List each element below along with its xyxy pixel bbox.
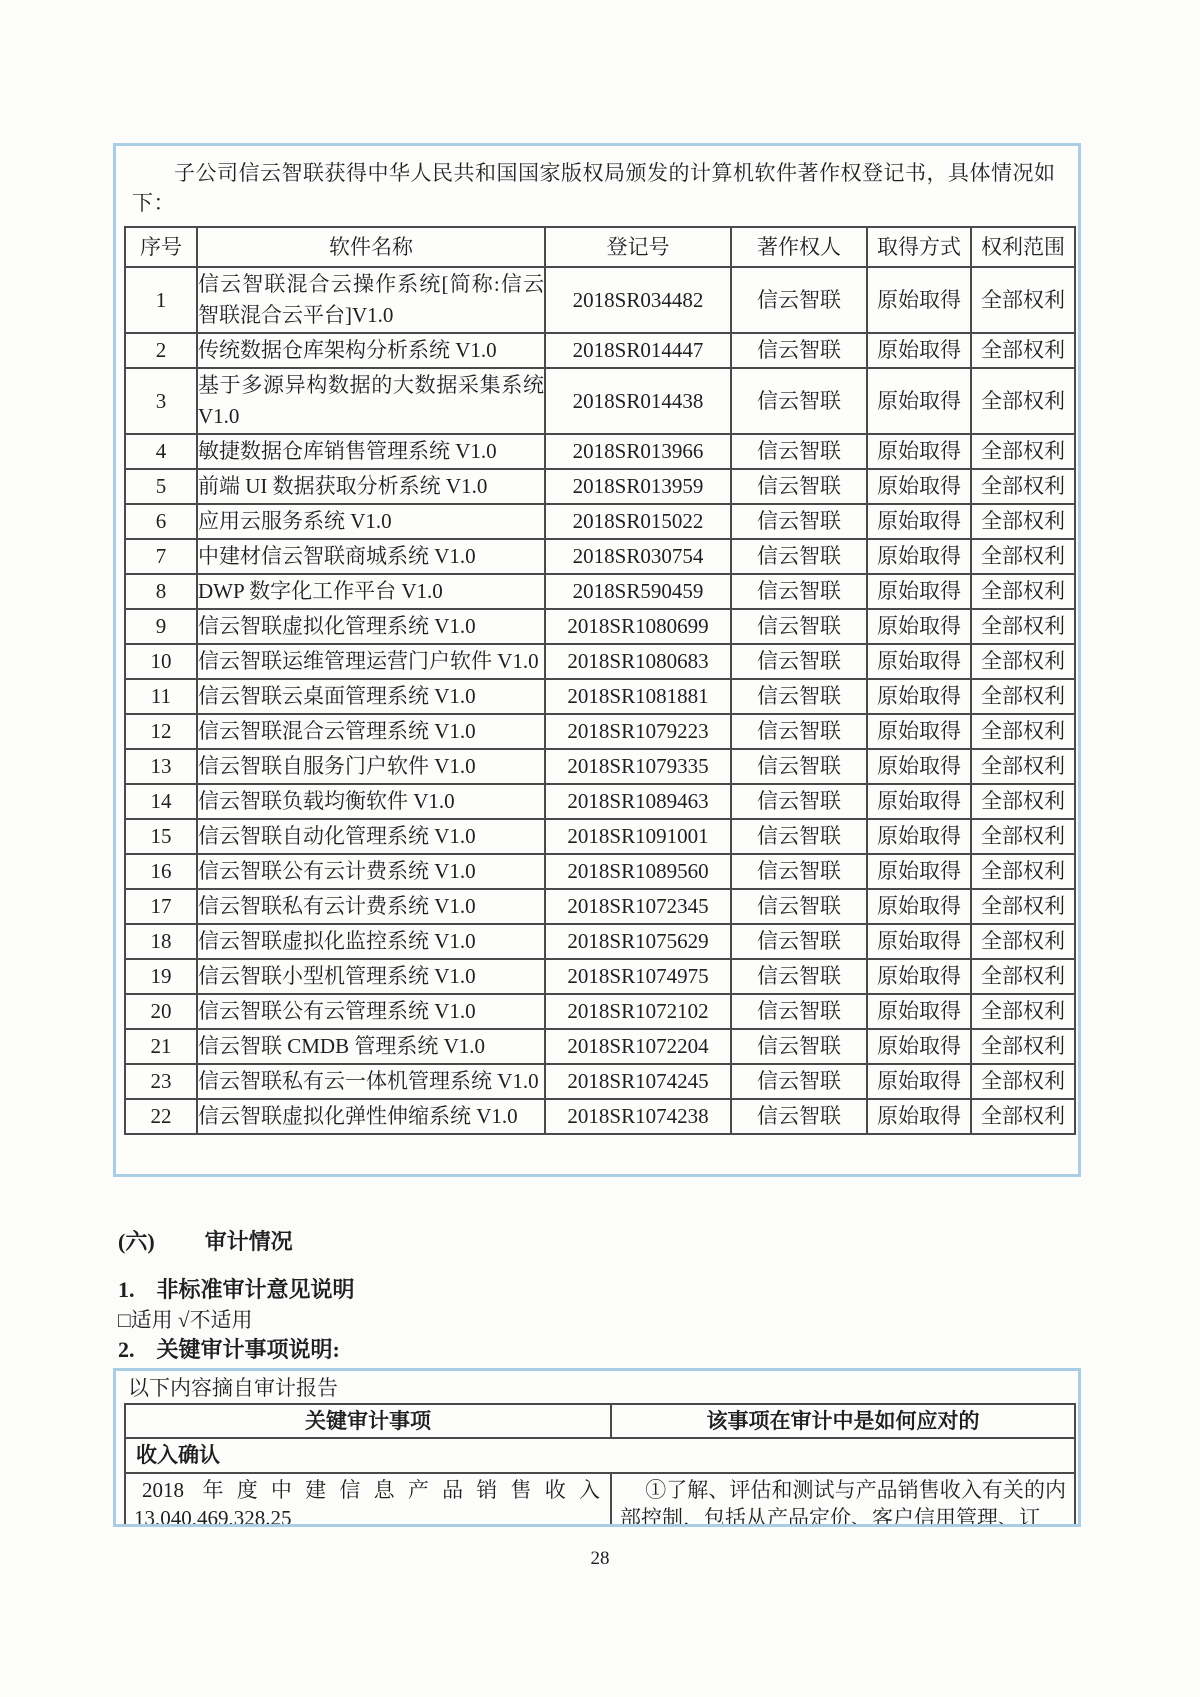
software-table-body: 1信云智联混合云操作系统[简称:信云智联混合云平台]V1.02018SR0344…: [125, 267, 1075, 1134]
revenue-recognition-row: 收入确认: [125, 1438, 1075, 1473]
registration-number-cell: 2018SR1091001: [545, 819, 731, 854]
copyright-owner-cell: 信云智联: [731, 267, 867, 333]
copyright-owner-cell: 信云智联: [731, 504, 867, 539]
table-row: 16信云智联公有云计费系统 V1.02018SR1089560信云智联原始取得全…: [125, 854, 1075, 889]
table-row: 8DWP 数字化工作平台 V1.02018SR590459信云智联原始取得全部权…: [125, 574, 1075, 609]
row-number-cell: 17: [125, 889, 197, 924]
acquisition-method-cell: 原始取得: [867, 889, 971, 924]
copyright-owner-cell: 信云智联: [731, 609, 867, 644]
applicability-text: □适用 √不适用: [118, 1308, 252, 1332]
acquisition-method-cell: 原始取得: [867, 333, 971, 368]
table-row: 9信云智联虚拟化管理系统 V1.02018SR1080699信云智联原始取得全部…: [125, 609, 1075, 644]
acquisition-method-cell: 原始取得: [867, 368, 971, 434]
registration-number-cell: 2018SR1089463: [545, 784, 731, 819]
software-name-cell: 信云智联公有云管理系统 V1.0: [197, 994, 545, 1029]
row-number-cell: 1: [125, 267, 197, 333]
rights-scope-cell: 全部权利: [971, 924, 1075, 959]
software-name-cell: 基于多源异构数据的大数据采集系统 V1.0: [197, 368, 545, 434]
acquisition-method-cell: 原始取得: [867, 574, 971, 609]
software-name-cell: DWP 数字化工作平台 V1.0: [197, 574, 545, 609]
copyright-owner-cell: 信云智联: [731, 333, 867, 368]
audit-report-box: 以下内容摘自审计报告 关键审计事项 该事项在审计中是如何应对的 收入确认 201…: [113, 1368, 1081, 1527]
col-header-reg: 登记号: [545, 227, 731, 267]
row-number-cell: 23: [125, 1064, 197, 1099]
copyright-owner-cell: 信云智联: [731, 784, 867, 819]
acquisition-method-cell: 原始取得: [867, 784, 971, 819]
item2-title: 关键审计事项说明:: [157, 1337, 340, 1362]
software-name-cell: 信云智联云桌面管理系统 V1.0: [197, 679, 545, 714]
applicability-checkline: □适用 √不适用: [118, 1306, 252, 1334]
table-row: 14信云智联负载均衡软件 V1.02018SR1089463信云智联原始取得全部…: [125, 784, 1075, 819]
acquisition-method-cell: 原始取得: [867, 714, 971, 749]
registration-number-cell: 2018SR1079223: [545, 714, 731, 749]
item1-title: 非标准审计意见说明: [157, 1277, 355, 1302]
kam-table-body: 收入确认 2018 年度中建信息产品销售收入 13,040,469,328.25…: [125, 1438, 1075, 1527]
table-row: 4敏捷数据仓库销售管理系统 V1.02018SR013966信云智联原始取得全部…: [125, 434, 1075, 469]
row-number-cell: 7: [125, 539, 197, 574]
registration-number-cell: 2018SR014438: [545, 368, 731, 434]
registration-number-cell: 2018SR1089560: [545, 854, 731, 889]
copyright-owner-cell: 信云智联: [731, 644, 867, 679]
copyright-owner-cell: 信云智联: [731, 1064, 867, 1099]
row-number-cell: 5: [125, 469, 197, 504]
copyright-owner-cell: 信云智联: [731, 819, 867, 854]
rights-scope-cell: 全部权利: [971, 1099, 1075, 1134]
registration-number-cell: 2018SR1081881: [545, 679, 731, 714]
rights-scope-cell: 全部权利: [971, 267, 1075, 333]
rights-scope-cell: 全部权利: [971, 679, 1075, 714]
table-row: 10信云智联运维管理运营门户软件 V1.02018SR1080683信云智联原始…: [125, 644, 1075, 679]
kam-table-header: 关键审计事项 该事项在审计中是如何应对的: [125, 1404, 1075, 1438]
section-title: 审计情况: [205, 1229, 293, 1254]
table-row: 1信云智联混合云操作系统[简称:信云智联混合云平台]V1.02018SR0344…: [125, 267, 1075, 333]
row-number-cell: 18: [125, 924, 197, 959]
rights-scope-cell: 全部权利: [971, 368, 1075, 434]
software-name-cell: 信云智联虚拟化管理系统 V1.0: [197, 609, 545, 644]
acquisition-method-cell: 原始取得: [867, 609, 971, 644]
acquisition-method-cell: 原始取得: [867, 469, 971, 504]
row-number-cell: 20: [125, 994, 197, 1029]
table-row: 12信云智联混合云管理系统 V1.02018SR1079223信云智联原始取得全…: [125, 714, 1075, 749]
rights-scope-cell: 全部权利: [971, 609, 1075, 644]
registration-number-cell: 2018SR1072345: [545, 889, 731, 924]
row-number-cell: 15: [125, 819, 197, 854]
rights-scope-cell: 全部权利: [971, 1029, 1075, 1064]
software-name-cell: 信云智联虚拟化弹性伸缩系统 V1.0: [197, 1099, 545, 1134]
rights-scope-cell: 全部权利: [971, 854, 1075, 889]
rights-scope-cell: 全部权利: [971, 994, 1075, 1029]
registration-number-cell: 2018SR1080699: [545, 609, 731, 644]
software-name-cell: 应用云服务系统 V1.0: [197, 504, 545, 539]
acquisition-method-cell: 原始取得: [867, 1064, 971, 1099]
row-number-cell: 3: [125, 368, 197, 434]
software-name-cell: 信云智联小型机管理系统 V1.0: [197, 959, 545, 994]
row-number-cell: 13: [125, 749, 197, 784]
row-number-cell: 4: [125, 434, 197, 469]
rights-scope-cell: 全部权利: [971, 539, 1075, 574]
rights-scope-cell: 全部权利: [971, 469, 1075, 504]
copyright-registration-box: 子公司信云智联获得中华人民共和国国家版权局颁发的计算机软件著作权登记书，具体情况…: [113, 143, 1081, 1177]
key-audit-matters-table: 关键审计事项 该事项在审计中是如何应对的 收入确认 2018 年度中建信息产品销…: [124, 1403, 1076, 1527]
rights-scope-cell: 全部权利: [971, 749, 1075, 784]
software-name-cell: 信云智联公有云计费系统 V1.0: [197, 854, 545, 889]
header-row: 关键审计事项 该事项在审计中是如何应对的: [125, 1404, 1075, 1438]
row-number-cell: 8: [125, 574, 197, 609]
kam-col-header-matter: 关键审计事项: [125, 1404, 611, 1438]
copyright-owner-cell: 信云智联: [731, 434, 867, 469]
col-header-scope: 权利范围: [971, 227, 1075, 267]
row-number-cell: 19: [125, 959, 197, 994]
registration-number-cell: 2018SR1074245: [545, 1064, 731, 1099]
rights-scope-cell: 全部权利: [971, 574, 1075, 609]
kam-matter-cell: 2018 年度中建信息产品销售收入 13,040,469,328.25: [125, 1473, 611, 1527]
acquisition-method-cell: 原始取得: [867, 924, 971, 959]
copyright-owner-cell: 信云智联: [731, 889, 867, 924]
registration-number-cell: 2018SR1079335: [545, 749, 731, 784]
rights-scope-cell: 全部权利: [971, 819, 1075, 854]
table-row: 6应用云服务系统 V1.02018SR015022信云智联原始取得全部权利: [125, 504, 1075, 539]
copyright-owner-cell: 信云智联: [731, 539, 867, 574]
registration-number-cell: 2018SR590459: [545, 574, 731, 609]
document-page: 子公司信云智联获得中华人民共和国国家版权局颁发的计算机软件著作权登记书，具体情况…: [0, 0, 1200, 1697]
software-name-cell: 信云智联混合云操作系统[简称:信云智联混合云平台]V1.0: [197, 267, 545, 333]
software-copyright-table: 序号 软件名称 登记号 著作权人 取得方式 权利范围 1信云智联混合云操作系统[…: [124, 226, 1076, 1135]
software-table-header: 序号 软件名称 登记号 著作权人 取得方式 权利范围: [125, 227, 1075, 267]
rights-scope-cell: 全部权利: [971, 959, 1075, 994]
item2-number: 2.: [118, 1337, 135, 1362]
acquisition-method-cell: 原始取得: [867, 994, 971, 1029]
col-header-method: 取得方式: [867, 227, 971, 267]
acquisition-method-cell: 原始取得: [867, 267, 971, 333]
copyright-owner-cell: 信云智联: [731, 469, 867, 504]
kam-response-text: ①了解、评估和测试与产品销售收入有关的内部控制，包括从产品定价、客户信用管理、订: [618, 1476, 1068, 1527]
section-heading-audit: (六)审计情况: [118, 1228, 293, 1256]
page-number: 28: [0, 1548, 1200, 1570]
table-row: 20信云智联公有云管理系统 V1.02018SR1072102信云智联原始取得全…: [125, 994, 1075, 1029]
copyright-owner-cell: 信云智联: [731, 994, 867, 1029]
table-row: 3基于多源异构数据的大数据采集系统 V1.02018SR014438信云智联原始…: [125, 368, 1075, 434]
copyright-intro-paragraph: 子公司信云智联获得中华人民共和国国家版权局颁发的计算机软件著作权登记书，具体情况…: [132, 158, 1060, 218]
registration-number-cell: 2018SR1080683: [545, 644, 731, 679]
row-number-cell: 21: [125, 1029, 197, 1064]
acquisition-method-cell: 原始取得: [867, 504, 971, 539]
software-name-cell: 信云智联运维管理运营门户软件 V1.0: [197, 644, 545, 679]
row-number-cell: 2: [125, 333, 197, 368]
audit-report-note: 以下内容摘自审计报告: [128, 1375, 1078, 1401]
section-number: (六): [118, 1229, 155, 1254]
registration-number-cell: 2018SR030754: [545, 539, 731, 574]
kam-matter-amount: 13,040,469,328.25: [132, 1504, 604, 1527]
table-row: 2传统数据仓库架构分析系统 V1.02018SR014447信云智联原始取得全部…: [125, 333, 1075, 368]
registration-number-cell: 2018SR034482: [545, 267, 731, 333]
registration-number-cell: 2018SR1072204: [545, 1029, 731, 1064]
kam-col-header-response: 该事项在审计中是如何应对的: [611, 1404, 1075, 1438]
rights-scope-cell: 全部权利: [971, 889, 1075, 924]
acquisition-method-cell: 原始取得: [867, 819, 971, 854]
table-row: 22信云智联虚拟化弹性伸缩系统 V1.02018SR1074238信云智联原始取…: [125, 1099, 1075, 1134]
registration-number-cell: 2018SR014447: [545, 333, 731, 368]
table-row: 19信云智联小型机管理系统 V1.02018SR1074975信云智联原始取得全…: [125, 959, 1075, 994]
acquisition-method-cell: 原始取得: [867, 1099, 971, 1134]
registration-number-cell: 2018SR013966: [545, 434, 731, 469]
copyright-owner-cell: 信云智联: [731, 1029, 867, 1064]
table-row: 23信云智联私有云一体机管理系统 V1.02018SR1074245信云智联原始…: [125, 1064, 1075, 1099]
software-name-cell: 信云智联私有云一体机管理系统 V1.0: [197, 1064, 545, 1099]
software-name-cell: 中建材信云智联商城系统 V1.0: [197, 539, 545, 574]
copyright-owner-cell: 信云智联: [731, 924, 867, 959]
software-name-cell: 敏捷数据仓库销售管理系统 V1.0: [197, 434, 545, 469]
item1-number: 1.: [118, 1277, 135, 1302]
row-number-cell: 11: [125, 679, 197, 714]
item2-key-audit-matters: 2.关键审计事项说明:: [118, 1336, 340, 1364]
registration-number-cell: 2018SR1075629: [545, 924, 731, 959]
registration-number-cell: 2018SR1072102: [545, 994, 731, 1029]
registration-number-cell: 2018SR1074238: [545, 1099, 731, 1134]
header-row: 序号 软件名称 登记号 著作权人 取得方式 权利范围: [125, 227, 1075, 267]
table-row: 21信云智联 CMDB 管理系统 V1.02018SR1072204信云智联原始…: [125, 1029, 1075, 1064]
col-header-no: 序号: [125, 227, 197, 267]
rights-scope-cell: 全部权利: [971, 504, 1075, 539]
copyright-owner-cell: 信云智联: [731, 368, 867, 434]
copyright-owner-cell: 信云智联: [731, 959, 867, 994]
table-row: 5前端 UI 数据获取分析系统 V1.02018SR013959信云智联原始取得…: [125, 469, 1075, 504]
table-row: 11信云智联云桌面管理系统 V1.02018SR1081881信云智联原始取得全…: [125, 679, 1075, 714]
registration-number-cell: 2018SR1074975: [545, 959, 731, 994]
row-number-cell: 12: [125, 714, 197, 749]
col-header-name: 软件名称: [197, 227, 545, 267]
table-row: 7中建材信云智联商城系统 V1.02018SR030754信云智联原始取得全部权…: [125, 539, 1075, 574]
row-number-cell: 9: [125, 609, 197, 644]
acquisition-method-cell: 原始取得: [867, 539, 971, 574]
row-number-cell: 16: [125, 854, 197, 889]
copyright-owner-cell: 信云智联: [731, 1099, 867, 1134]
acquisition-method-cell: 原始取得: [867, 854, 971, 889]
revenue-recognition-label: 收入确认: [125, 1438, 1075, 1473]
acquisition-method-cell: 原始取得: [867, 959, 971, 994]
registration-number-cell: 2018SR013959: [545, 469, 731, 504]
rights-scope-cell: 全部权利: [971, 1064, 1075, 1099]
software-name-cell: 信云智联私有云计费系统 V1.0: [197, 889, 545, 924]
acquisition-method-cell: 原始取得: [867, 1029, 971, 1064]
software-name-cell: 前端 UI 数据获取分析系统 V1.0: [197, 469, 545, 504]
row-number-cell: 10: [125, 644, 197, 679]
table-row: 18信云智联虚拟化监控系统 V1.02018SR1075629信云智联原始取得全…: [125, 924, 1075, 959]
software-name-cell: 信云智联自动化管理系统 V1.0: [197, 819, 545, 854]
rights-scope-cell: 全部权利: [971, 434, 1075, 469]
copyright-owner-cell: 信云智联: [731, 749, 867, 784]
table-row: 17信云智联私有云计费系统 V1.02018SR1072345信云智联原始取得全…: [125, 889, 1075, 924]
acquisition-method-cell: 原始取得: [867, 749, 971, 784]
copyright-owner-cell: 信云智联: [731, 679, 867, 714]
registration-number-cell: 2018SR015022: [545, 504, 731, 539]
software-name-cell: 信云智联 CMDB 管理系统 V1.0: [197, 1029, 545, 1064]
copyright-owner-cell: 信云智联: [731, 574, 867, 609]
kam-detail-row: 2018 年度中建信息产品销售收入 13,040,469,328.25 ①了解、…: [125, 1473, 1075, 1527]
row-number-cell: 22: [125, 1099, 197, 1134]
software-name-cell: 信云智联混合云管理系统 V1.0: [197, 714, 545, 749]
copyright-owner-cell: 信云智联: [731, 854, 867, 889]
rights-scope-cell: 全部权利: [971, 333, 1075, 368]
rights-scope-cell: 全部权利: [971, 644, 1075, 679]
item1-nonstandard-opinion: 1.非标准审计意见说明: [118, 1276, 355, 1304]
kam-response-cell: ①了解、评估和测试与产品销售收入有关的内部控制，包括从产品定价、客户信用管理、订: [611, 1473, 1075, 1527]
acquisition-method-cell: 原始取得: [867, 679, 971, 714]
acquisition-method-cell: 原始取得: [867, 434, 971, 469]
kam-matter-line1: 2018 年度中建信息产品销售收入: [132, 1476, 604, 1504]
copyright-owner-cell: 信云智联: [731, 714, 867, 749]
table-row: 13信云智联自服务门户软件 V1.02018SR1079335信云智联原始取得全…: [125, 749, 1075, 784]
software-name-cell: 信云智联虚拟化监控系统 V1.0: [197, 924, 545, 959]
rights-scope-cell: 全部权利: [971, 714, 1075, 749]
acquisition-method-cell: 原始取得: [867, 644, 971, 679]
rights-scope-cell: 全部权利: [971, 784, 1075, 819]
table-row: 15信云智联自动化管理系统 V1.02018SR1091001信云智联原始取得全…: [125, 819, 1075, 854]
software-name-cell: 信云智联自服务门户软件 V1.0: [197, 749, 545, 784]
software-name-cell: 信云智联负载均衡软件 V1.0: [197, 784, 545, 819]
row-number-cell: 14: [125, 784, 197, 819]
software-name-cell: 传统数据仓库架构分析系统 V1.0: [197, 333, 545, 368]
col-header-owner: 著作权人: [731, 227, 867, 267]
row-number-cell: 6: [125, 504, 197, 539]
